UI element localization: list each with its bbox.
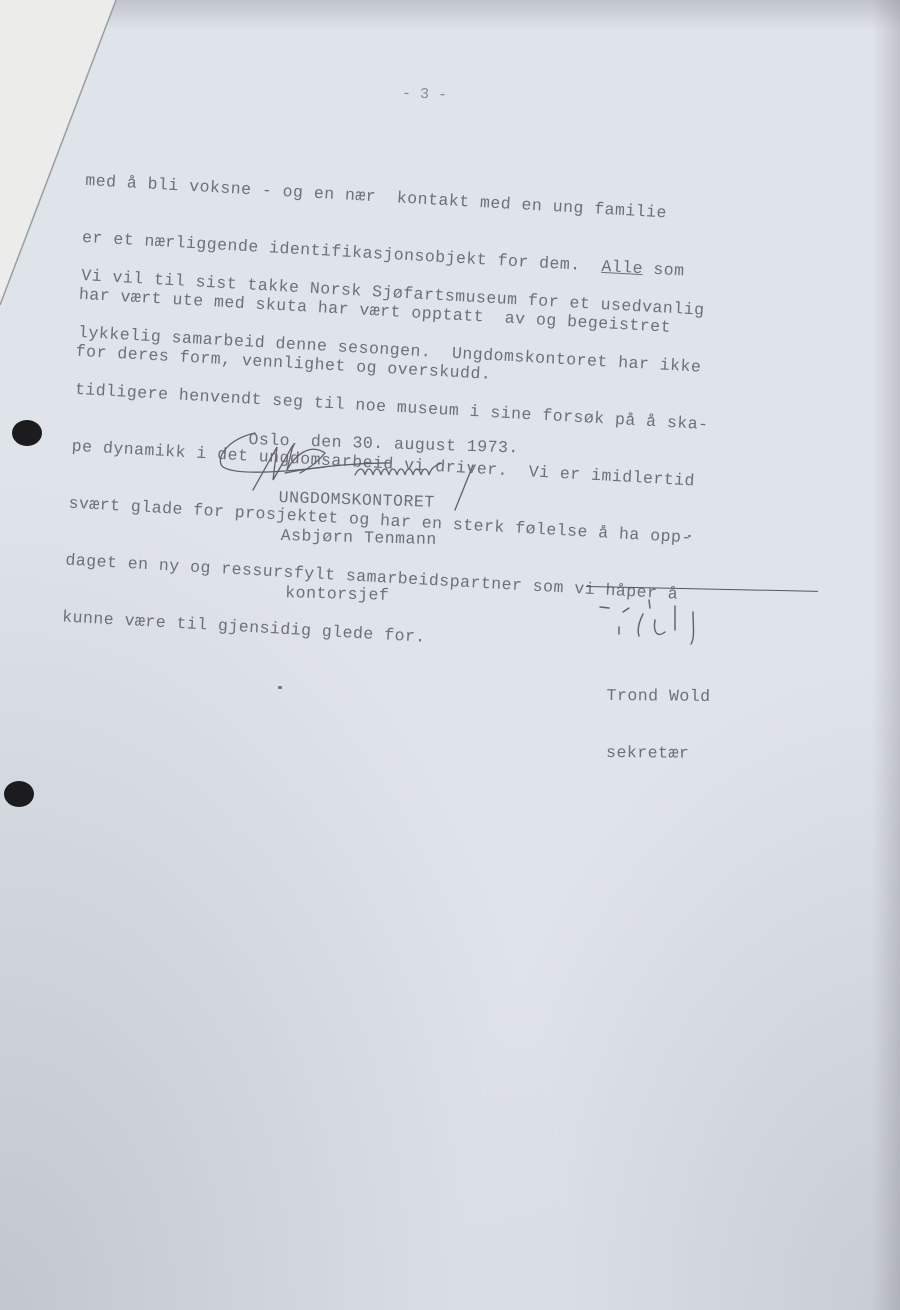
handwritten-initials-icon: [595, 592, 745, 652]
signatory-title: sekretær: [606, 743, 710, 763]
signatory-1: Asbjørn Tenmann kontorsjef: [279, 488, 438, 625]
text-line: Vi vil til sist takke Norsk Sjøfartsmuse…: [81, 266, 716, 320]
text-line: med å bli voksne - og en nær kontakt med…: [85, 171, 688, 224]
page-number: - 3 -: [402, 85, 448, 104]
ink-speck: [688, 535, 691, 537]
text-line: lykkelig samarbeid denne sesongen. Ungdo…: [78, 323, 713, 377]
signatory-name: Trond Wold: [607, 686, 711, 706]
signatory-title: kontorsjef: [279, 583, 435, 606]
signatory-2: Trond Wold sekretær: [606, 648, 711, 782]
punch-hole-bottom: [4, 781, 34, 807]
signatory-name: Asbjørn Tenmann: [281, 526, 437, 549]
ink-speck: [278, 686, 282, 689]
punch-hole-top: [12, 420, 42, 446]
